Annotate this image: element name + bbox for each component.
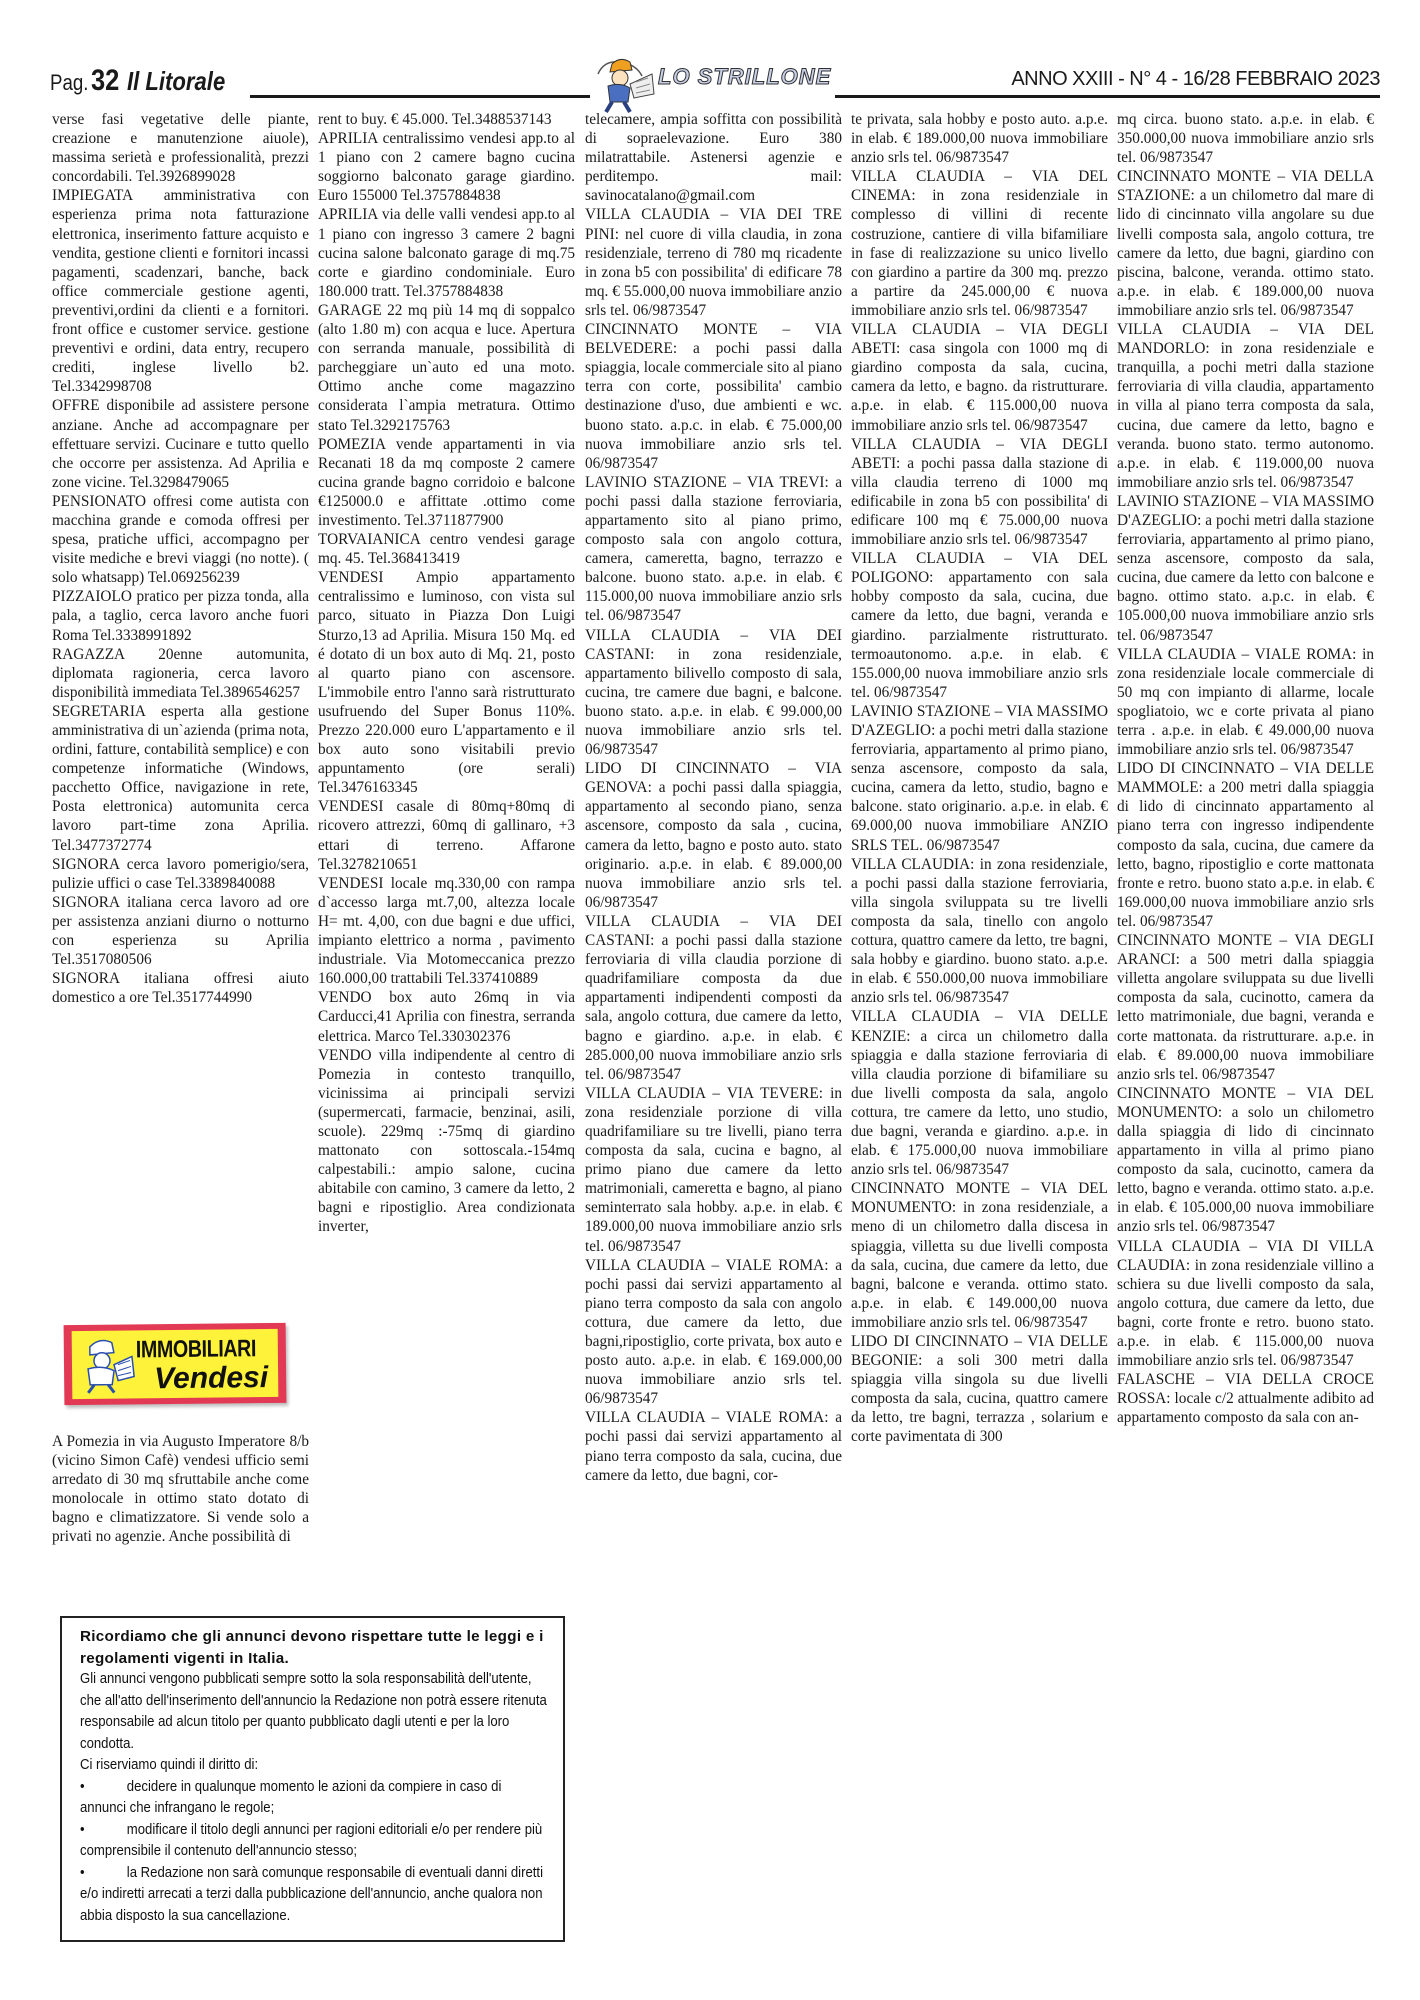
classified-ad: RAGAZZA 20enne automunita, diplomata rag… bbox=[52, 645, 309, 702]
classified-ad: CINCINNATO MONTE – VIA BELVEDERE: a poch… bbox=[585, 320, 842, 473]
classified-ad: verse fasi vegetative delle piante, crea… bbox=[52, 110, 309, 186]
bullet-icon: • bbox=[80, 1863, 127, 1885]
newsboy-mascot-icon bbox=[76, 1334, 139, 1395]
classified-ad: VILLA CLAUDIA – VIALE ROMA: a pochi pass… bbox=[585, 1408, 842, 1484]
banner-title: IMMOBILIARI bbox=[136, 1335, 256, 1364]
classified-ad: mq circa. buono stato. a.p.e. in elab. €… bbox=[1117, 110, 1374, 167]
classified-ad: PIZZAIOLO pratico per pizza tonda, alla … bbox=[52, 587, 309, 644]
classified-ad: VILLA CLAUDIA – VIA DELLE KENZIE: a circ… bbox=[851, 1007, 1108, 1179]
classified-ad: CINCINNATO MONTE – VIA DEGLI ARANCI: a 5… bbox=[1117, 931, 1374, 1084]
classified-ad: VENDO villa indipendente al centro di Po… bbox=[318, 1046, 575, 1237]
column-4: te privata, sala hobby e posto auto. a.p… bbox=[851, 110, 1108, 1447]
banner-subtitle: Vendesi bbox=[154, 1361, 268, 1396]
classified-ad: SIGNORA italiana offresi aiuto domestico… bbox=[52, 969, 309, 1007]
classified-ad: LAVINIO STAZIONE – VIA MASSIMO D'AZEGLIO… bbox=[851, 702, 1108, 855]
classified-ad: TORVAIANICA centro vendesi garage mq. 45… bbox=[318, 530, 575, 568]
classified-ad: rent to buy. € 45.000. Tel.3488537143 bbox=[318, 110, 575, 129]
bullet-icon: • bbox=[80, 1820, 127, 1842]
notice-bullet: •modificare il titolo degli annunci per … bbox=[80, 1820, 551, 1863]
classified-ad: VILLA CLAUDIA – VIA DEL POLIGONO: appart… bbox=[851, 549, 1108, 702]
classified-ad: VENDESI casale di 80mq+80mq di ricovero … bbox=[318, 797, 575, 873]
notice-body: Gli annunci vengono pubblicati sempre so… bbox=[80, 1669, 551, 1755]
classified-ad: CINCINNATO MONTE – VIA DELLA STAZIONE: a… bbox=[1117, 167, 1374, 320]
classified-ad: VILLA CLAUDIA: in zona residenziale, a p… bbox=[851, 855, 1108, 1008]
classified-ad: A Pomezia in via Augusto Imperatore 8/b … bbox=[52, 1432, 309, 1547]
classified-ad: SIGNORA cerca lavoro pomerigio/sera, pul… bbox=[52, 855, 309, 893]
classified-ad: VILLA CLAUDIA – VIA DEL CINEMA: in zona … bbox=[851, 167, 1108, 320]
classified-ad: POMEZIA vende appartamenti in via Recana… bbox=[318, 435, 575, 530]
classified-ad: LIDO DI CINCINNATO – VIA GENOVA: a pochi… bbox=[585, 759, 842, 912]
classified-ad: CINCINNATO MONTE – VIA DEL MONUMENTO: in… bbox=[851, 1179, 1108, 1332]
page-info: Pag. 32 Il Litorale bbox=[50, 64, 250, 98]
notice-bullet-text: modificare il titolo degli annunci per r… bbox=[80, 1822, 542, 1860]
newsboy-mascot-icon bbox=[590, 54, 660, 116]
classified-ad: LAVINIO STAZIONE – VIA MASSIMO D'AZEGLIO… bbox=[1117, 492, 1374, 645]
classified-ad: VILLA CLAUDIA – VIA DEGLI ABETI: casa si… bbox=[851, 320, 1108, 435]
column-1: verse fasi vegetative delle piante, crea… bbox=[52, 110, 309, 1007]
notice-bullet-text: la Redazione non sarà comunque responsab… bbox=[80, 1865, 543, 1924]
classified-ad: VILLA CLAUDIA – VIA DEI TRE PINI: nel cu… bbox=[585, 205, 842, 320]
notice-bullet: •la Redazione non sarà comunque responsa… bbox=[80, 1863, 551, 1928]
legal-notice-box: Ricordiamo che gli annunci devono rispet… bbox=[60, 1616, 565, 1942]
classified-ad: APRILIA centralissimo vendesi app.to al … bbox=[318, 129, 575, 205]
classified-ad: LIDO DI CINCINNATO – VIA DELLE BEGONIE: … bbox=[851, 1332, 1108, 1447]
notice-bullet-text: decidere in qualunque momento le azioni … bbox=[80, 1779, 501, 1817]
lo-strillone-logo: LO STRILLONE bbox=[590, 54, 835, 116]
notice-rights-intro: Ci riserviamo quindi il diritto di: bbox=[80, 1755, 551, 1777]
classified-ad: APRILIA via delle valli vendesi app.to a… bbox=[318, 205, 575, 300]
classified-ad: CINCINNATO MONTE – VIA DEL MONUMENTO: a … bbox=[1117, 1084, 1374, 1237]
classified-ad: VILLA CLAUDIA – VIALE ROMA: in zona resi… bbox=[1117, 645, 1374, 760]
paper-name: Il Litorale bbox=[127, 66, 225, 97]
classified-ad: VILLA CLAUDIA – VIA TEVERE: in zona resi… bbox=[585, 1084, 842, 1256]
classified-ad: VENDO box auto 26mq in via Carducci,41 A… bbox=[318, 988, 575, 1045]
logo-text: LO STRILLONE bbox=[658, 64, 831, 90]
bullet-icon: • bbox=[80, 1777, 127, 1799]
classified-ad: LIDO DI CINCINNATO – VIA DELLE MAMMOLE: … bbox=[1117, 759, 1374, 931]
classified-ad: te privata, sala hobby e posto auto. a.p… bbox=[851, 110, 1108, 167]
classified-ad: VILLA CLAUDIA – VIA DEL MANDORLO: in zon… bbox=[1117, 320, 1374, 492]
classified-ad: FALASCHE – VIA DELLA CROCE ROSSA: locale… bbox=[1117, 1370, 1374, 1427]
classified-ad: VILLA CLAUDIA – VIALE ROMA: a pochi pass… bbox=[585, 1256, 842, 1409]
classified-ad: SEGRETARIA esperta alla gestione amminis… bbox=[52, 702, 309, 855]
classified-ad: OFFRE disponibile ad assistere persone a… bbox=[52, 396, 309, 491]
classified-ad: VILLA CLAUDIA – VIA DEI CASTANI: a pochi… bbox=[585, 912, 842, 1084]
page-label: Pag. bbox=[50, 70, 88, 96]
classified-ad: GARAGE 22 mq più 14 mq di soppalco (alto… bbox=[318, 301, 575, 435]
classified-ad: IMPIEGATA amministrativa con esperienza … bbox=[52, 186, 309, 396]
section-banner-immobiliari: IMMOBILIARI Vendesi bbox=[64, 1323, 287, 1405]
column-3: telecamere, ampia soffitta con possibili… bbox=[585, 110, 842, 1485]
classified-ad: PENSIONATO offresi come autista con macc… bbox=[52, 492, 309, 587]
classified-ad: LAVINIO STAZIONE – VIA TREVI: a pochi pa… bbox=[585, 473, 842, 626]
classified-ad: VILLA CLAUDIA – VIA DEGLI ABETI: a pochi… bbox=[851, 435, 1108, 550]
issue-info: ANNO XXIII - N° 4 - 16/28 FEBBRAIO 2023 bbox=[1003, 68, 1380, 91]
classified-ad: SIGNORA italiana cerca lavoro ad ore per… bbox=[52, 893, 309, 969]
column-5: mq circa. buono stato. a.p.e. in elab. €… bbox=[1117, 110, 1374, 1427]
notice-title: Ricordiamo che gli annunci devono rispet… bbox=[80, 1626, 551, 1669]
classified-ad: VENDESI locale mq.330,00 con rampa d`acc… bbox=[318, 874, 575, 989]
classified-ad: VENDESI Ampio appartamento centralissimo… bbox=[318, 568, 575, 797]
column-2: rent to buy. € 45.000. Tel.3488537143 AP… bbox=[318, 110, 575, 1237]
page-header: Pag. 32 Il Litorale LO STRILLONE ANNO XX… bbox=[50, 62, 1380, 102]
classified-ad: VILLA CLAUDIA – VIA DI VILLA CLAUDIA: in… bbox=[1117, 1237, 1374, 1371]
notice-bullet: •decidere in qualunque momento le azioni… bbox=[80, 1777, 551, 1820]
page-number: 32 bbox=[91, 64, 119, 98]
classified-ad: VILLA CLAUDIA – VIA DEI CASTANI: in zona… bbox=[585, 626, 842, 760]
banner-fill: IMMOBILIARI Vendesi bbox=[72, 1329, 279, 1399]
classified-ad: telecamere, ampia soffitta con possibili… bbox=[585, 110, 842, 205]
column-1-after-banner: A Pomezia in via Augusto Imperatore 8/b … bbox=[52, 1432, 309, 1547]
